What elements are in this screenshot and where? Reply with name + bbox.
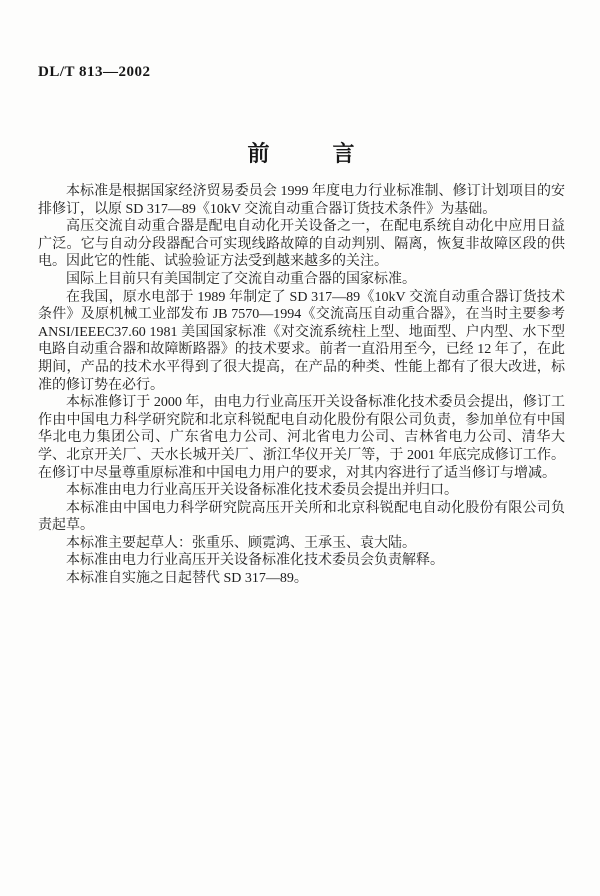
standard-code: DL/T 813—2002 bbox=[38, 64, 565, 81]
title-char-yan: 言 bbox=[333, 137, 356, 168]
foreword-body: 本标准是根据国家经济贸易委员会 1999 年度电力行业标准制、修订计划项目的安排… bbox=[38, 183, 565, 588]
paragraph-international: 国际上目前只有美国制定了交流自动重合器的国家标准。 bbox=[38, 271, 565, 289]
page-title: 前 言 bbox=[38, 137, 565, 168]
paragraph-basis: 本标准是根据国家经济贸易委员会 1999 年度电力行业标准制、修订计划项目的安排… bbox=[38, 183, 565, 218]
title-char-qian: 前 bbox=[247, 137, 270, 168]
paragraph-background: 高压交流自动重合器是配电自动化开关设备之一，在配电系统自动化中应用日益广泛。它与… bbox=[38, 218, 565, 271]
paragraph-domestic-history: 在我国，原水电部于 1989 年制定了 SD 317—89《10kV 交流自动重… bbox=[38, 289, 565, 395]
paragraph-replaces: 本标准自实施之日起替代 SD 317—89。 bbox=[38, 570, 565, 588]
paragraph-revision-work: 本标准修订于 2000 年，由电力行业高压开关设备标准化技术委员会提出，修订工作… bbox=[38, 394, 565, 482]
paragraph-interpreted-by: 本标准由电力行业高压开关设备标准化技术委员会负责解释。 bbox=[38, 552, 565, 570]
paragraph-drafters: 本标准主要起草人：张重乐、顾霓鸿、王承玉、袁大陆。 bbox=[38, 535, 565, 553]
paragraph-proposed-by: 本标准由电力行业高压开关设备标准化技术委员会提出并归口。 bbox=[38, 482, 565, 500]
document-page: DL/T 813—2002 前 言 本标准是根据国家经济贸易委员会 1999 年… bbox=[0, 0, 600, 896]
paragraph-drafted-by: 本标准由中国电力科学研究院高压开关所和北京科锐配电自动化股份有限公司负责起草。 bbox=[38, 500, 565, 535]
